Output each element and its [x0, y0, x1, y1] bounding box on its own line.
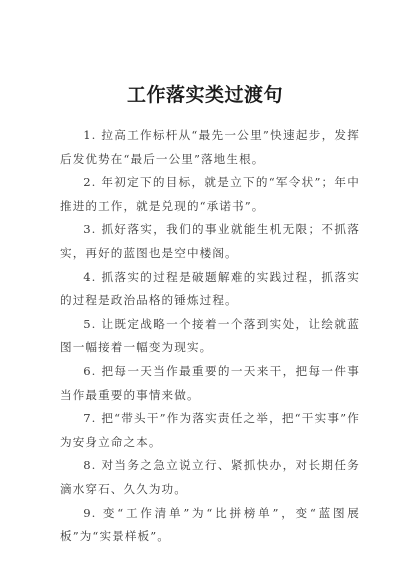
paragraph-1: 1. 拉高工作标杆从“最先一公里”快速起步，发挥后发优势在“最后一公里”落地生根… — [60, 124, 360, 171]
paragraph-3: 3. 抓好落实，我们的事业就能生机无限；不抓落实，再好的蓝图也是空中楼阁。 — [60, 218, 360, 265]
paragraph-5: 5. 让既定战略一个接着一个落到实处，让绘就蓝图一幅接着一幅变为现实。 — [60, 313, 360, 360]
paragraph-7: 7. 把“带头干”作为落实责任之举，把“干实事”作为安身立命之本。 — [60, 407, 360, 454]
document-title: 工作落实类过渡句 — [0, 80, 410, 107]
paragraph-6: 6. 把每一天当作最重要的一天来干，把每一件事当作最重要的事情来做。 — [60, 360, 360, 407]
paragraph-9: 9. 变“工作清单”为“比拼榜单”，变“蓝图展板”为“实景样板”。 — [60, 502, 360, 549]
paragraph-8: 8. 对当务之急立说立行、紧抓快办，对长期任务滴水穿石、久久为功。 — [60, 454, 360, 501]
document-body: 1. 拉高工作标杆从“最先一公里”快速起步，发挥后发优势在“最后一公里”落地生根… — [60, 124, 360, 549]
document-page: 工作落实类过渡句 1. 拉高工作标杆从“最先一公里”快速起步，发挥后发优势在“最… — [0, 0, 410, 580]
paragraph-4: 4. 抓落实的过程是破题解难的实践过程，抓落实的过程是政治品格的锤炼过程。 — [60, 266, 360, 313]
paragraph-2: 2. 年初定下的目标，就是立下的“军令状”；年中推进的工作，就是兑现的“承诺书”… — [60, 171, 360, 218]
